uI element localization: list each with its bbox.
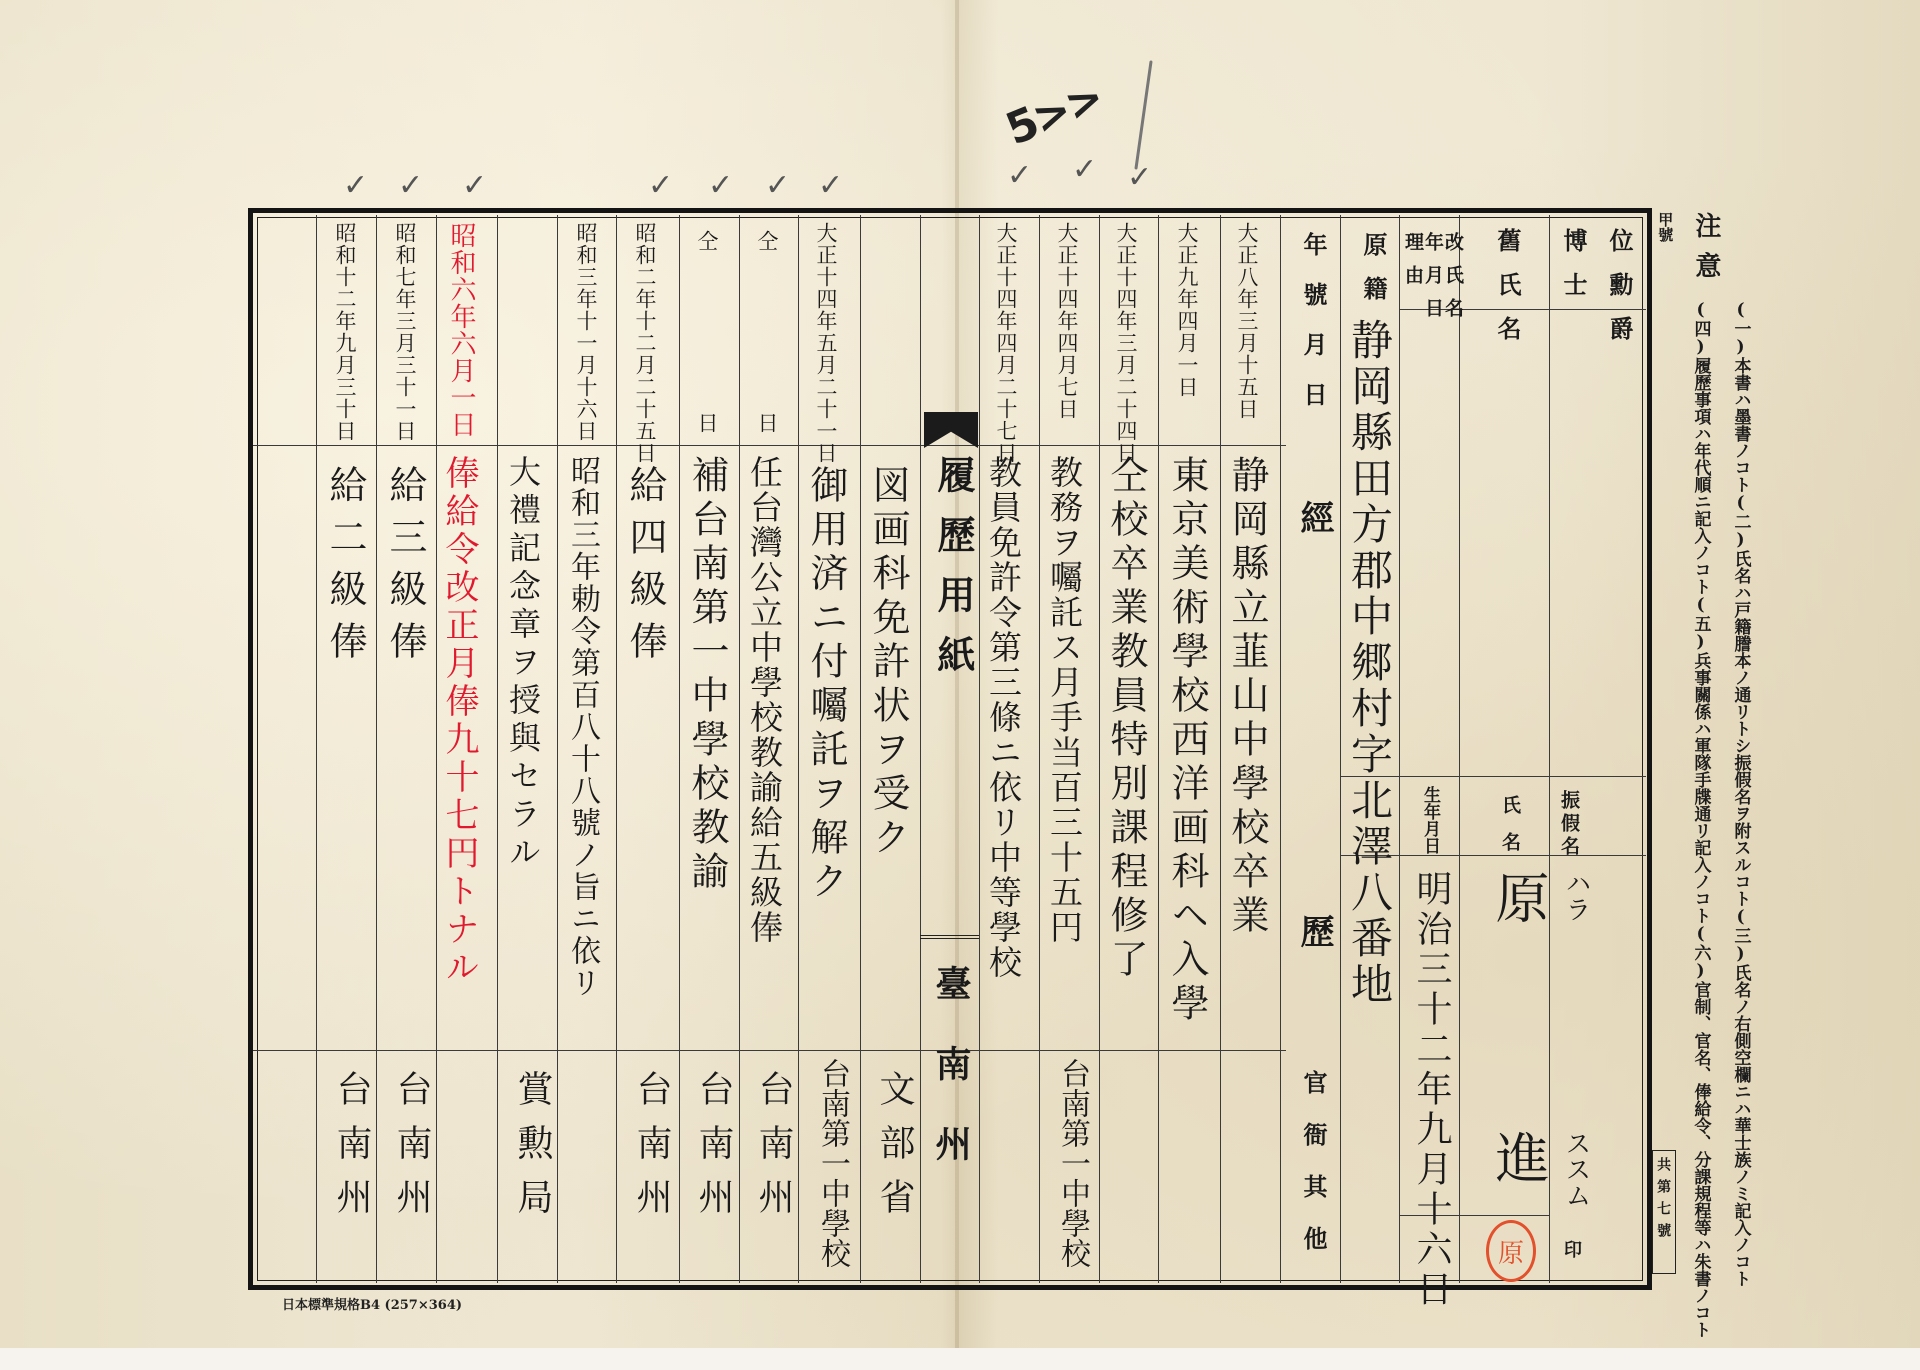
col-divider: [1280, 215, 1281, 1283]
entry-date-red: 昭和六年六月一日: [448, 222, 474, 438]
personal-seal: 原: [1486, 1220, 1536, 1282]
paper-bottom-edge: [0, 1348, 1920, 1370]
furigana-given: ススム: [1558, 1130, 1595, 1208]
entry-office: 台南第一中學校: [810, 1058, 854, 1268]
col-divider: [739, 215, 740, 1283]
entry-career: 大禮記念章ヲ授與セラル: [507, 455, 539, 873]
doctorate-label: 博士: [1556, 228, 1591, 316]
office-column-header: 官衙其他: [1296, 1070, 1331, 1278]
form-title: 履歷用紙: [926, 455, 981, 695]
entry-career: 図画科免許状ヲ受ク: [869, 465, 907, 861]
checkmark-icon: ✓: [343, 168, 368, 203]
col-divider: [1549, 215, 1550, 1283]
col-divider: [1039, 215, 1040, 1283]
col-divider: [1158, 215, 1159, 1283]
rank-label: 位勳爵: [1602, 228, 1637, 360]
checkmark-icon: ✓: [1007, 158, 1032, 193]
entry-career: 静岡縣立韮山中學校卒業: [1228, 455, 1266, 939]
entry-office: 賞勲局: [507, 1070, 558, 1232]
entry-career: 御用済ニ付囑託ヲ解ク: [807, 465, 845, 905]
pencil-page-number: 5>>: [999, 71, 1109, 155]
entry-career: 昭和三年勅令第百八十八號ノ旨ニ依リ: [567, 455, 597, 999]
col-divider: [920, 215, 921, 1283]
seal-label: 印: [1558, 1240, 1584, 1258]
entry-office: 文部省: [869, 1070, 920, 1232]
prefecture-name: 臺南州: [926, 965, 977, 1205]
paper-spec-footer: 日本標準規格B4 (257×364): [282, 1294, 462, 1313]
col-divider: [679, 215, 680, 1283]
seal-char: 原: [1498, 1233, 1524, 1270]
entry-office: 台南州: [748, 1070, 799, 1232]
entry-date: 大正十四年五月二十一日: [815, 222, 836, 464]
entry-date: 昭和七年三月三十一日: [394, 222, 415, 442]
checkmark-icon: ✓: [398, 168, 423, 203]
birth-value: 明治三十二年九月十六日: [1406, 870, 1457, 1310]
date-column-header: 年號月日: [1296, 232, 1331, 432]
name-change-reason-label: 理由: [1400, 232, 1427, 298]
entry-date: 昭和三年十一月十六日: [575, 222, 596, 442]
title-divider: [920, 935, 979, 939]
col-divider: [860, 215, 861, 1283]
row-divider-office: [253, 1050, 1286, 1051]
domicile-value: 静岡縣田方郡中郷村字北澤八番地: [1348, 318, 1390, 1008]
checkmark-icon: ✓: [1072, 152, 1097, 187]
entry-date: 大正十四年四月七日: [1056, 222, 1077, 420]
checkmark-icon: ✓: [1127, 160, 1152, 195]
entry-career-red: 俸給令改正月俸九十七円トナル: [442, 455, 476, 987]
col-divider: [497, 215, 498, 1283]
col-divider: [616, 215, 617, 1283]
col-divider: [979, 215, 980, 1283]
entry-date: 昭和二年十二月二十五日: [634, 222, 655, 464]
checkmark-icon: ✓: [462, 168, 487, 203]
entry-office: 台南州: [626, 1070, 677, 1232]
col-divider: [1340, 215, 1341, 1283]
entry-career: 補台南第一中學校教諭: [688, 455, 726, 895]
domicile-label: 原籍: [1356, 232, 1391, 320]
col-divider: [1099, 215, 1100, 1283]
col-divider: [1220, 215, 1221, 1283]
col-divider: [1399, 215, 1400, 1283]
name-label: 氏名: [1497, 795, 1524, 869]
furigana-surname: ハラ: [1558, 870, 1595, 922]
entry-date: 昭和十二年九月三十日: [334, 222, 355, 442]
given-name: 進: [1480, 1130, 1557, 1184]
entry-career: 給四級俸: [626, 465, 664, 673]
col-divider: [1459, 215, 1460, 1283]
former-name-label: 舊氏名: [1490, 228, 1525, 360]
entry-career: 給二級俸: [326, 465, 364, 673]
col-divider: [316, 215, 317, 1283]
entry-career: 給三級俸: [386, 465, 424, 673]
pencil-stroke: [1134, 60, 1152, 169]
surname: 原: [1480, 870, 1557, 924]
checkmark-icon: ✓: [765, 168, 790, 203]
checkmark-icon: ✓: [818, 168, 843, 203]
entry-career: 東京美術學校西洋画科ヘ入學: [1168, 455, 1206, 1027]
entry-date: 大正十四年三月二十四日: [1115, 222, 1136, 464]
entry-office: 台南州: [688, 1070, 739, 1232]
entry-career: 任台灣公立中學校教諭給五級俸: [748, 455, 781, 945]
entry-career: 教務ヲ囑託ス月手当百三十五円: [1048, 455, 1081, 945]
entry-date: 大正十四年四月二十七日: [995, 222, 1016, 464]
checkmark-icon: ✓: [648, 168, 673, 203]
checkmark-icon: ✓: [708, 168, 733, 203]
birth-label: 生年月日: [1418, 786, 1443, 854]
entry-office: 台南州: [326, 1070, 377, 1232]
entry-career: 教員免許令第三條ニ依リ中等學校: [987, 455, 1020, 980]
entry-office: 台南州: [386, 1070, 437, 1232]
entry-career: 仝校卒業教員特別課程修了: [1107, 455, 1145, 983]
entry-date: 大正八年三月十五日: [1236, 222, 1257, 420]
entry-date: 大正九年四月一日: [1176, 222, 1197, 398]
furigana-label: 振假名: [1556, 790, 1583, 859]
entry-office: 台南第一中學校: [1050, 1058, 1094, 1268]
